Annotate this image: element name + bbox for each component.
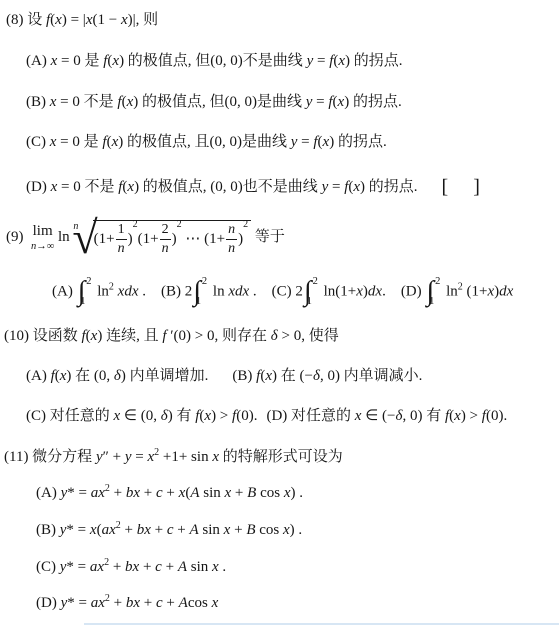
question-10-option-a: (A) f(x) 在 (0, δ) 内单调增加. bbox=[26, 366, 208, 388]
question-10-option-c: (C) 对任意的 x ∈ (0, δ) 有 f(x) > f(0). bbox=[26, 406, 257, 428]
question-9-option-c: (C) 2∫21ln(1+x)dx. bbox=[272, 276, 386, 308]
question-10-stem: (10) 设函数 f(x) 连续, 且 f ′(0) > 0, 则存在 δ > … bbox=[4, 326, 559, 348]
fraction: 2n bbox=[160, 223, 171, 256]
question-9-option-d: (D) ∫21ln2 (1+x)dx bbox=[401, 276, 513, 308]
question-11-option-a: (A) y* = ax2 + bx + c + x(A sin x + B co… bbox=[36, 483, 559, 505]
question-10: (10) 设函数 f(x) 连续, 且 f ′(0) > 0, 则存在 δ > … bbox=[0, 326, 559, 427]
question-11-option-b: (B) y* = x(ax2 + bx + c + A sin x + B co… bbox=[36, 520, 559, 542]
question-9: (9) limn→∞ ln n√(1+1n)2(1+2n)2 ⋯ (1+nn)2… bbox=[0, 212, 559, 308]
question-10-options-row-2: (C) 对任意的 x ∈ (0, δ) 有 f(x) > f(0). (D) 对… bbox=[26, 406, 559, 428]
integral-sign: ∫21 bbox=[304, 276, 322, 308]
question-9-stem: (9) limn→∞ ln n√(1+1n)2(1+2n)2 ⋯ (1+nn)2… bbox=[6, 212, 559, 264]
fraction: 1n bbox=[116, 223, 127, 256]
question-8-option-b: (B) x = 0 不是 f(x) 的极值点, 但(0, 0)是曲线 y = f… bbox=[26, 92, 559, 114]
question-11-option-d: (D) y* = ax2 + bx + c + Acos x bbox=[36, 593, 559, 615]
question-10-option-d: (D) 对任意的 x ∈ (−δ, 0) 有 f(x) > f(0). bbox=[266, 406, 507, 428]
question-8: (8) 设 f(x) = |x(1 − x)|, 则 (A) x = 0 是 f… bbox=[0, 10, 559, 202]
integral-sign: ∫21 bbox=[426, 276, 444, 308]
question-8-option-a: (A) x = 0 是 f(x) 的极值点, 但(0, 0)不是曲线 y = f… bbox=[26, 51, 559, 73]
question-11-stem: (11) 微分方程 y″ + y = x2 +1+ sin x 的特解形式可设为 bbox=[4, 447, 559, 469]
question-11-option-c: (C) y* = ax2 + bx + c + A sin x . bbox=[36, 557, 559, 579]
question-8-option-d: (D) x = 0 不是 f(x) 的极值点, (0, 0)也不是曲线 y = … bbox=[26, 173, 559, 202]
question-9-option-a: (A) ∫21ln2 xdx . bbox=[52, 276, 146, 308]
question-10-option-b: (B) f(x) 在 (−δ, 0) 内单调减小. bbox=[232, 366, 422, 388]
question-11: (11) 微分方程 y″ + y = x2 +1+ sin x 的特解形式可设为… bbox=[0, 447, 559, 615]
question-10-options-row-1: (A) f(x) 在 (0, δ) 内单调增加. (B) f(x) 在 (−δ,… bbox=[26, 366, 559, 388]
integral-sign: ∫21 bbox=[193, 276, 211, 308]
fraction: nn bbox=[226, 223, 237, 256]
question-8-option-c: (C) x = 0 是 f(x) 的极值点, 且(0, 0)是曲线 y = f(… bbox=[26, 132, 559, 154]
limit-operator: limn→∞ bbox=[31, 224, 54, 252]
question-8-stem: (8) 设 f(x) = |x(1 − x)|, 则 bbox=[6, 10, 559, 32]
integral-sign: ∫21 bbox=[78, 276, 96, 308]
question-9-options-row: (A) ∫21ln2 xdx . (B) 2∫21ln xdx . (C) 2∫… bbox=[52, 276, 559, 308]
question-9-option-b: (B) 2∫21ln xdx . bbox=[161, 276, 257, 308]
exam-page: (8) 设 f(x) = |x(1 − x)|, 则 (A) x = 0 是 f… bbox=[0, 0, 559, 625]
nth-root: n√(1+1n)2(1+2n)2 ⋯ (1+nn)2 bbox=[73, 218, 251, 258]
